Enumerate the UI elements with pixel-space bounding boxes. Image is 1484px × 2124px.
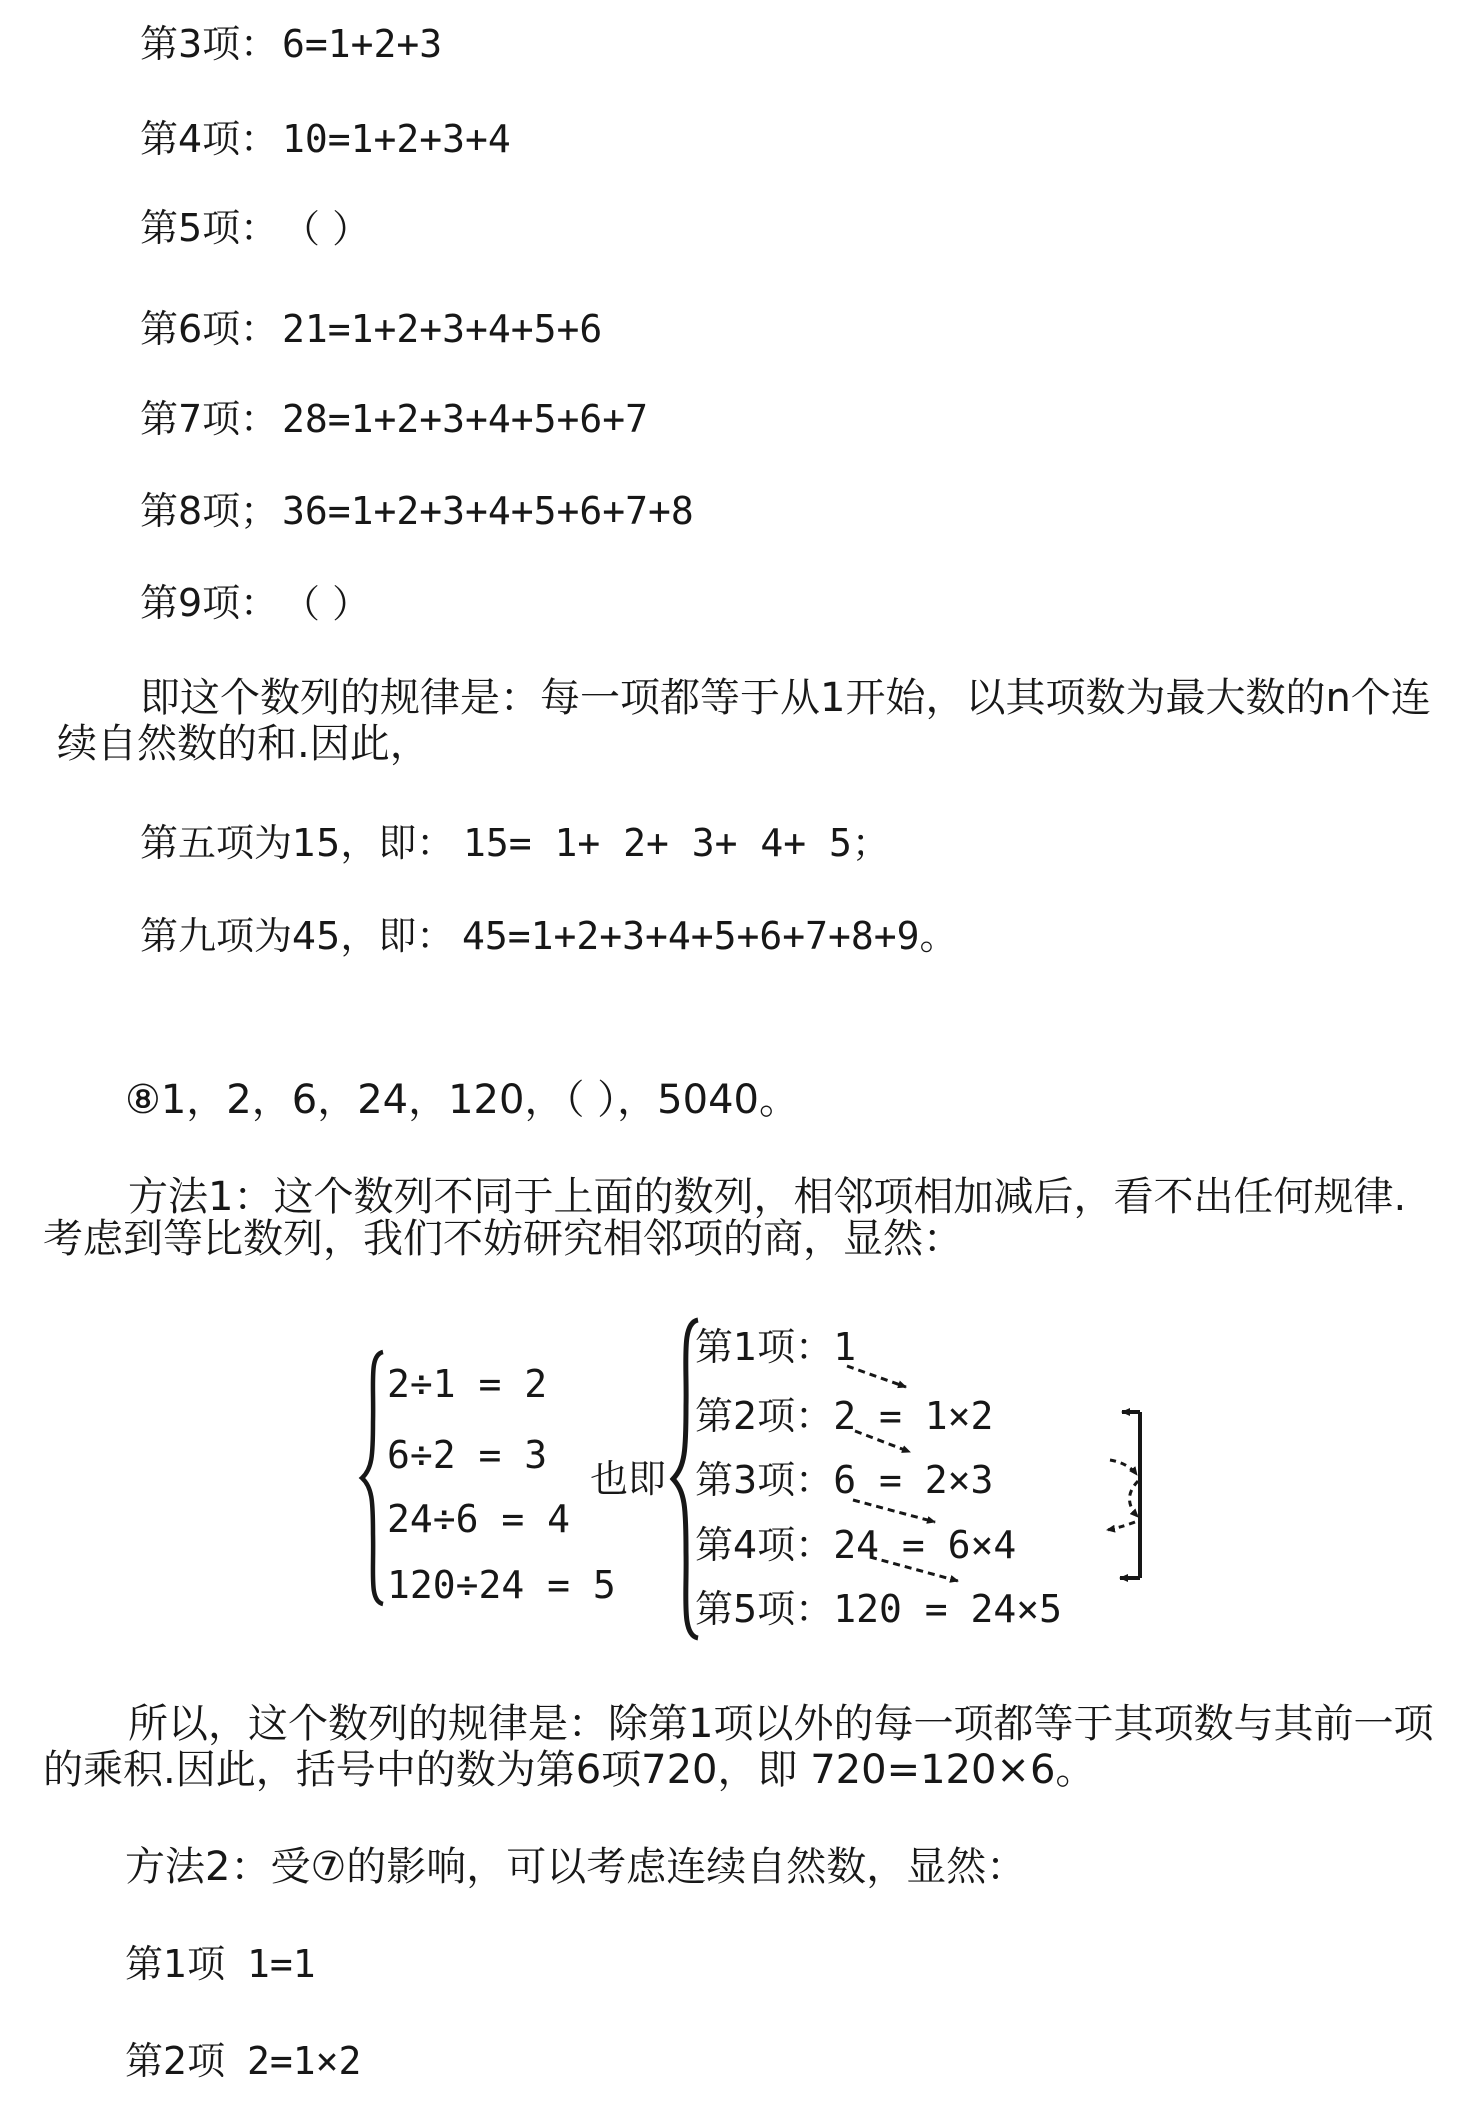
method2-item-equation: 1=1 — [247, 1944, 316, 1986]
diagram-term-equation: 24 = 6×4 — [833, 1523, 1016, 1567]
method2-item-label: 第1项 — [125, 1942, 225, 1986]
fifth-term-label: 第五项为15，即： — [140, 821, 454, 865]
fifth-term-equation: 15= 1+ 2+ 3+ 4+ 5； — [463, 823, 890, 865]
item-label: 第9项： — [140, 581, 278, 625]
ninth-term-row: 第九项为45，即： 45=1+2+3+4+5+6+7+8+9。 — [140, 915, 1340, 963]
diagram-term-equation: 2 = 1×2 — [833, 1394, 993, 1438]
conclusion-paragraph-line1: 所以，这个数列的规律是：除第1项以外的每一项都等于其项数与其前一项 — [128, 1702, 1433, 1747]
quotient-equation: 120÷24 = 5 — [387, 1563, 616, 1607]
diagram-term-equation: 120 = 24×5 — [833, 1587, 1062, 1631]
diagram-term-row: 第4项：24 = 6×4 — [695, 1524, 1484, 1572]
ninth-term-equation: 45=1+2+3+4+5+6+7+8+9。 — [462, 916, 958, 958]
quotient-equation: 2÷1 = 2 — [387, 1362, 547, 1406]
item-label: 第6项： — [140, 307, 278, 351]
diagram-term-row: 第3项：6 = 2×3 — [695, 1459, 1484, 1507]
rule-paragraph-line2: 续自然数的和.因此， — [57, 722, 430, 767]
left-brace — [362, 1352, 383, 1604]
diagram-term-label: 第2项： — [695, 1394, 833, 1438]
conclusion-paragraph-line2: 的乘积.因此，括号中的数为第6项720，即 720=120×6。 — [43, 1748, 1095, 1793]
problem8-statement: ⑧1，2，6，24，120，（ ），5040。 — [125, 1078, 799, 1123]
diagram-term-label: 第3项： — [695, 1458, 833, 1502]
quotient-equation: 24÷6 = 4 — [387, 1497, 570, 1541]
method2-statement: 方法2：受⑦的影响，可以考虑连续自然数，显然： — [125, 1845, 1026, 1890]
fifth-term-row: 第五项为15，即： 15= 1+ 2+ 3+ 4+ 5； — [140, 822, 1340, 870]
diagram-term-row: 第1项：1 — [695, 1326, 1484, 1374]
item-label: 第4项： — [140, 117, 278, 161]
method2-item-equation: 2=1×2 — [247, 2041, 361, 2083]
diagram-connector-label: 也即 — [590, 1458, 666, 1501]
method2-item-row: 第2项 2=1×2 — [125, 2040, 1325, 2088]
diagram-term-label: 第1项： — [695, 1325, 833, 1369]
quotient-equation: 6÷2 = 3 — [387, 1433, 547, 1477]
item-equation: 28=1+2+3+4+5+6+7 — [282, 399, 648, 441]
item-equation: 10=1+2+3+4 — [282, 119, 511, 161]
ninth-term-label: 第九项为45，即： — [140, 914, 454, 958]
diagram-term-equation: 1 — [833, 1325, 856, 1369]
item-label: 第7项： — [140, 397, 278, 441]
method2-item-row: 第1项 1=1 — [125, 1943, 1325, 1991]
item-label: 第5项： — [140, 206, 278, 250]
sequence-item-row: 第8项； 36=1+2+3+4+5+6+7+8 — [140, 490, 1340, 538]
method1-paragraph-line2: 考虑到等比数列，我们不妨研究相邻项的商，显然： — [43, 1217, 963, 1262]
item-equation: 21=1+2+3+4+5+6 — [282, 309, 602, 351]
diagram-term-label: 第4项： — [695, 1523, 833, 1567]
diagram-term-equation: 6 = 2×3 — [833, 1458, 993, 1502]
sequence-item-row: 第6项： 21=1+2+3+4+5+6 — [140, 308, 1340, 356]
sequence-item-row: 第4项： 10=1+2+3+4 — [140, 118, 1340, 166]
item-label: 第3项： — [140, 22, 278, 66]
sequence-item-row: 第7项： 28=1+2+3+4+5+6+7 — [140, 398, 1340, 446]
method2-item-label: 第2项 — [125, 2039, 225, 2083]
sequence-item-row: 第3项： 6=1+2+3 — [140, 23, 1340, 71]
rule-paragraph-line1: 即这个数列的规律是：每一项都等于从1开始，以其项数为最大数的n个连 — [140, 676, 1431, 721]
diagram-term-row: 第2项：2 = 1×2 — [695, 1395, 1484, 1443]
item-equation: 36=1+2+3+4+5+6+7+8 — [282, 491, 694, 533]
diagram-term-row: 第5项：120 = 24×5 — [695, 1588, 1484, 1636]
method1-paragraph-line1: 方法1：这个数列不同于上面的数列，相邻项相加减后，看不出任何规律. — [128, 1175, 1406, 1220]
item-equation: （ ） — [282, 583, 370, 626]
item-equation: （ ） — [282, 208, 370, 251]
item-equation: 6=1+2+3 — [282, 24, 442, 66]
item-label: 第8项； — [140, 489, 278, 533]
sequence-item-row: 第5项： （ ） — [140, 207, 1340, 255]
diagram-term-label: 第5项： — [695, 1587, 833, 1631]
sequence-item-row: 第9项： （ ） — [140, 582, 1340, 630]
math-document-page: 第3项： 6=1+2+3 第4项： 10=1+2+3+4 第5项： （ ） 第6… — [0, 0, 1484, 2124]
